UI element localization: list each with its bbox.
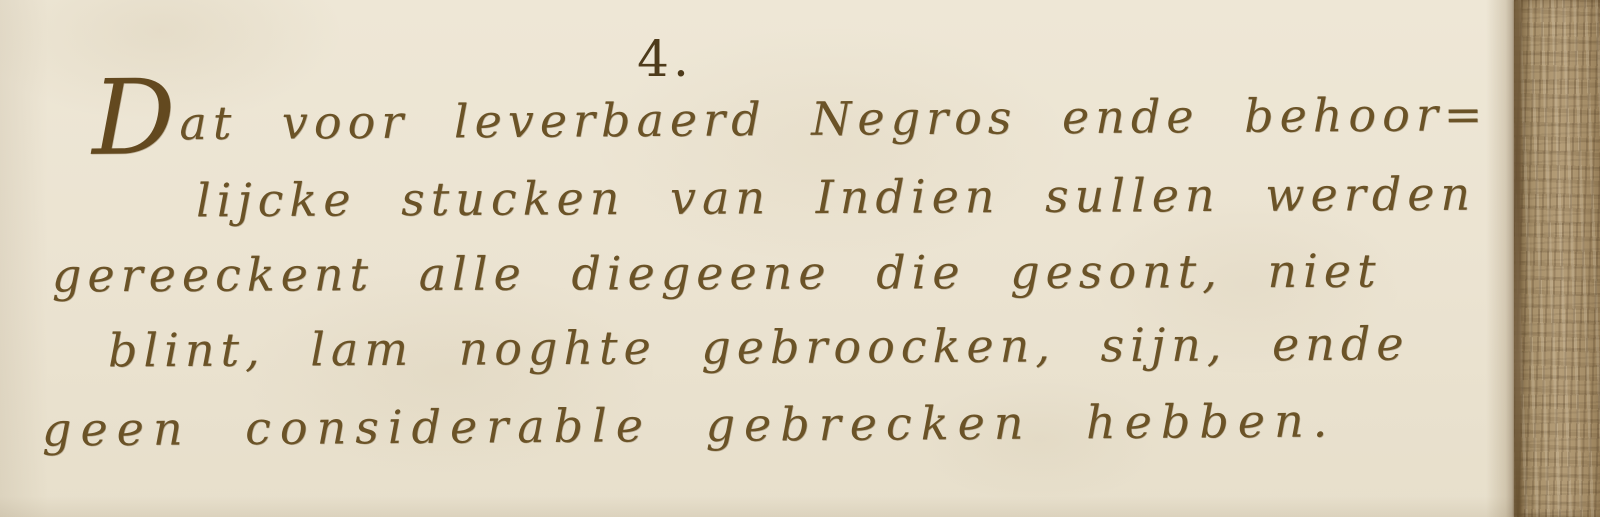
handwritten-line-3: gereeckent alle diegeene die gesont, nie… xyxy=(52,244,1382,303)
handwritten-line-2: lijcke stucken van Indien sullen werden xyxy=(196,167,1476,228)
handwritten-line-5: geen considerable gebrecken hebben. xyxy=(42,393,1337,456)
book-fore-edge xyxy=(1514,0,1600,517)
line-1-text: at voor leverbaerd Negros ende behoor= xyxy=(179,87,1488,150)
decorated-initial: D xyxy=(92,117,175,118)
handwritten-line-4: blint, lam noghte gebroocken, sijn, ende xyxy=(108,317,1410,378)
manuscript-page: 4. Dat voor leverbaerd Negros ende behoo… xyxy=(0,0,1600,517)
handwritten-line-1: Dat voor leverbaerd Negros ende behoor= xyxy=(92,87,1489,151)
page-number: 4. xyxy=(590,30,740,88)
